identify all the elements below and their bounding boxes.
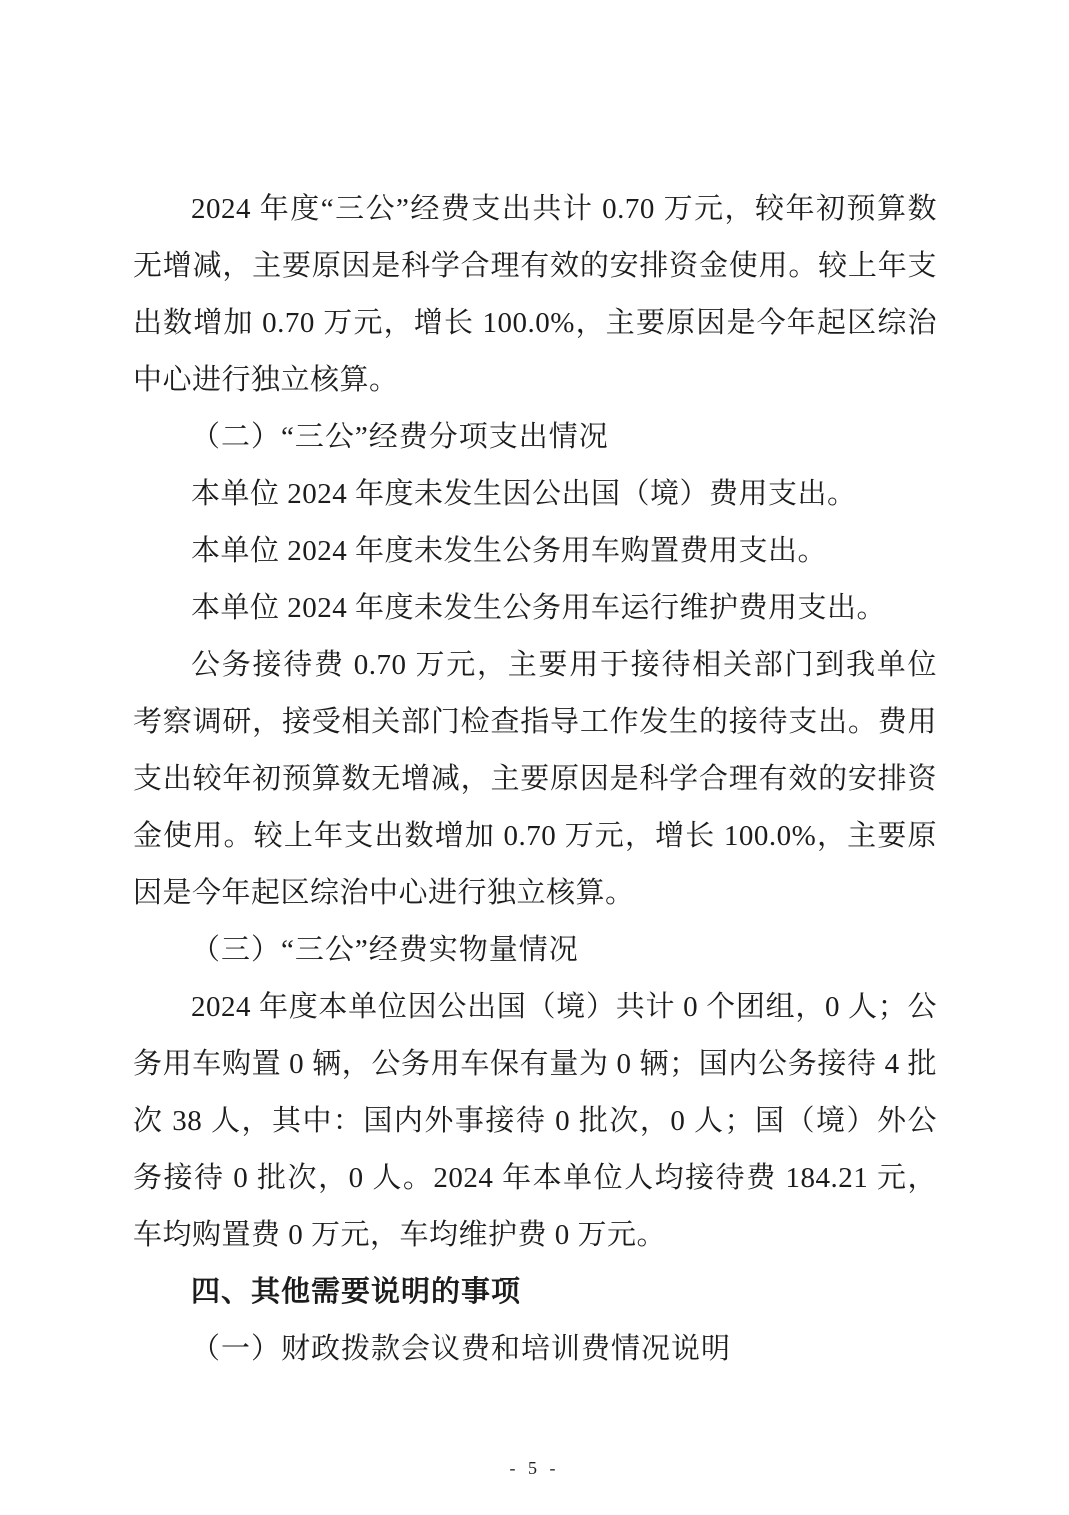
- document-page: 2024 年度“三公”经费支出共计 0.70 万元，较年初预算数无增减，主要原因…: [0, 0, 1069, 1515]
- paragraph-no-abroad-expense: 本单位 2024 年度未发生因公出国（境）费用支出。: [133, 466, 937, 523]
- heading-section-3: （三）“三公”经费实物量情况: [133, 922, 937, 979]
- page-number: - 5 -: [0, 1458, 1069, 1479]
- paragraph-no-vehicle-maintenance: 本单位 2024 年度未发生公务用车运行维护费用支出。: [133, 580, 937, 637]
- heading-section-2: （二）“三公”经费分项支出情况: [133, 409, 937, 466]
- paragraph-official-reception: 公务接待费 0.70 万元，主要用于接待相关部门到我单位考察调研，接受相关部门检…: [133, 637, 937, 922]
- document-content: 2024 年度“三公”经费支出共计 0.70 万元，较年初预算数无增减，主要原因…: [133, 181, 937, 1378]
- heading-section-4-1: （一）财政拨款会议费和培训费情况说明: [133, 1321, 937, 1378]
- paragraph-sangong-total: 2024 年度“三公”经费支出共计 0.70 万元，较年初预算数无增减，主要原因…: [133, 181, 937, 409]
- paragraph-physical-quantity: 2024 年度本单位因公出国（境）共计 0 个团组，0 人；公务用车购置 0 辆…: [133, 979, 937, 1264]
- heading-section-4: 四、其他需要说明的事项: [133, 1264, 937, 1321]
- paragraph-no-vehicle-purchase: 本单位 2024 年度未发生公务用车购置费用支出。: [133, 523, 937, 580]
